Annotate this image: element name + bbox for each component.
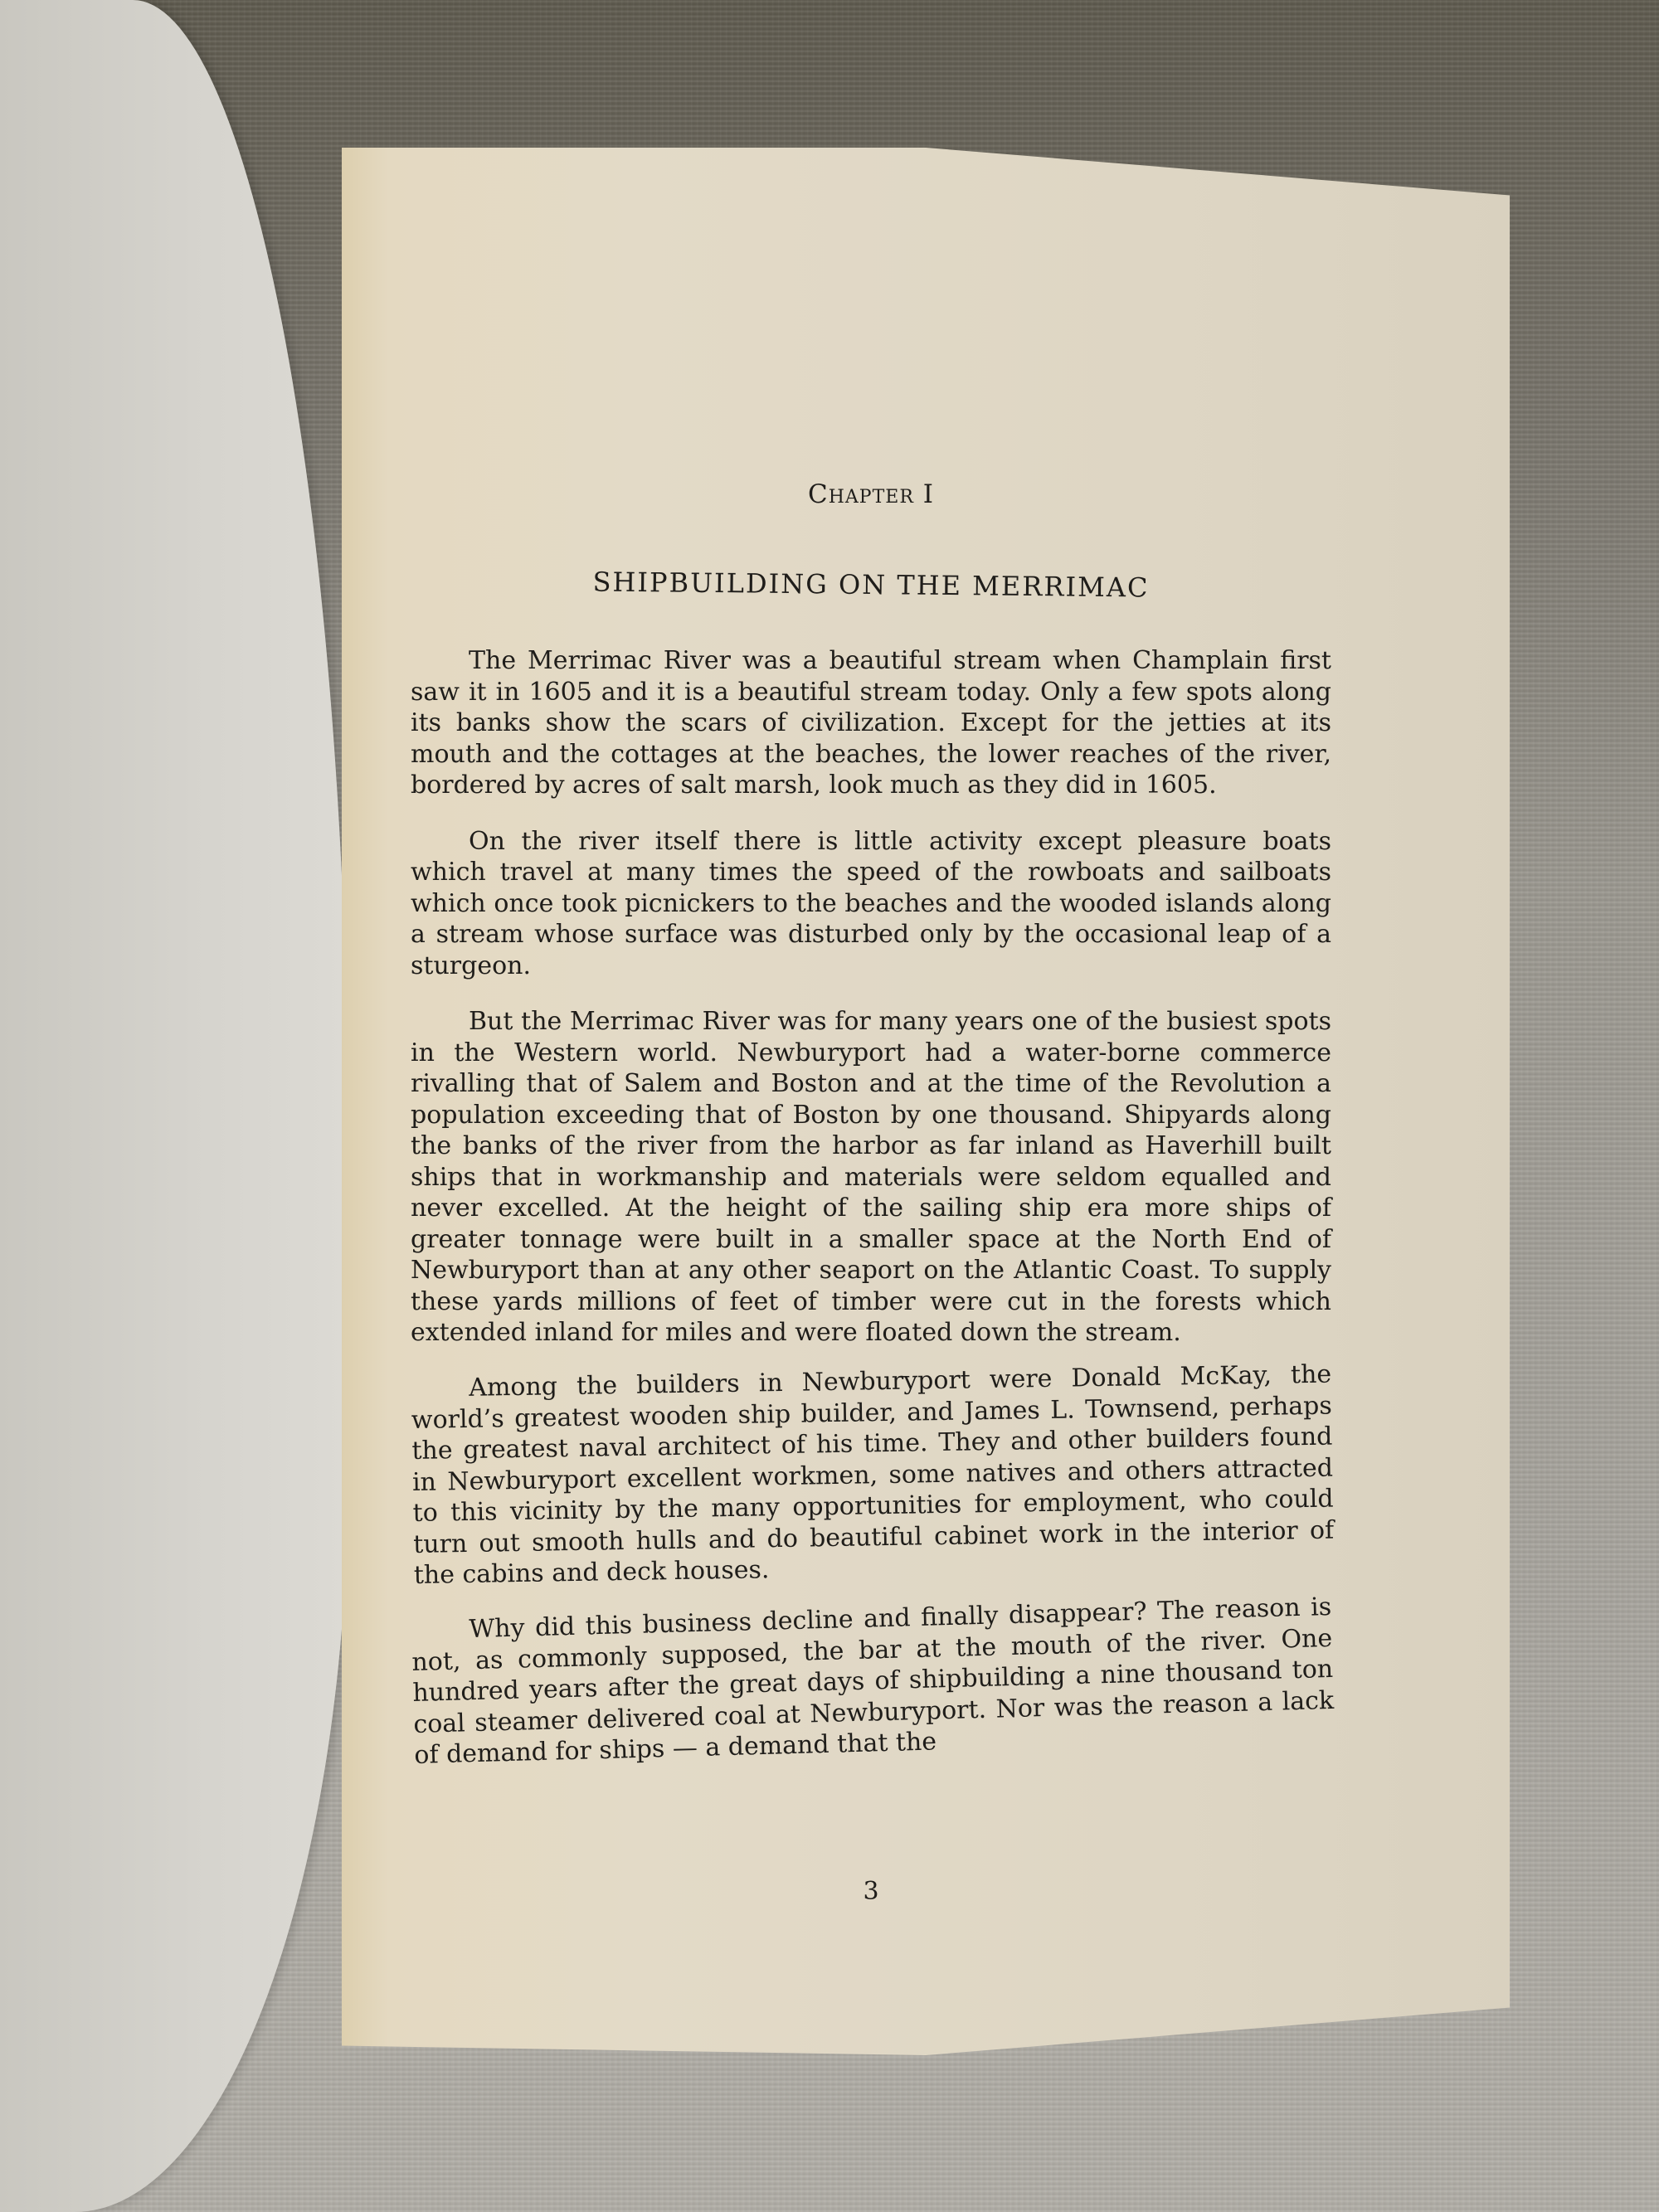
- paragraph: But the Merrimac River was for many year…: [411, 1006, 1331, 1349]
- paragraph: On the river itself there is little acti…: [411, 826, 1331, 982]
- book-page: Chapter I SHIPBUILDING ON THE MERRIMAC T…: [342, 148, 1510, 2055]
- chapter-title: SHIPBUILDING ON THE MERRIMAC: [411, 564, 1331, 605]
- paragraph: Why did this business decline and finall…: [411, 1592, 1335, 1771]
- paragraph: Among the builders in Newburyport were D…: [411, 1359, 1335, 1591]
- paragraph: The Merrimac River was a beautiful strea…: [411, 645, 1331, 801]
- page-number: 3: [411, 1877, 1331, 1906]
- chapter-label: Chapter I: [411, 479, 1331, 509]
- body-text: The Merrimac River was a beautiful strea…: [411, 645, 1331, 1796]
